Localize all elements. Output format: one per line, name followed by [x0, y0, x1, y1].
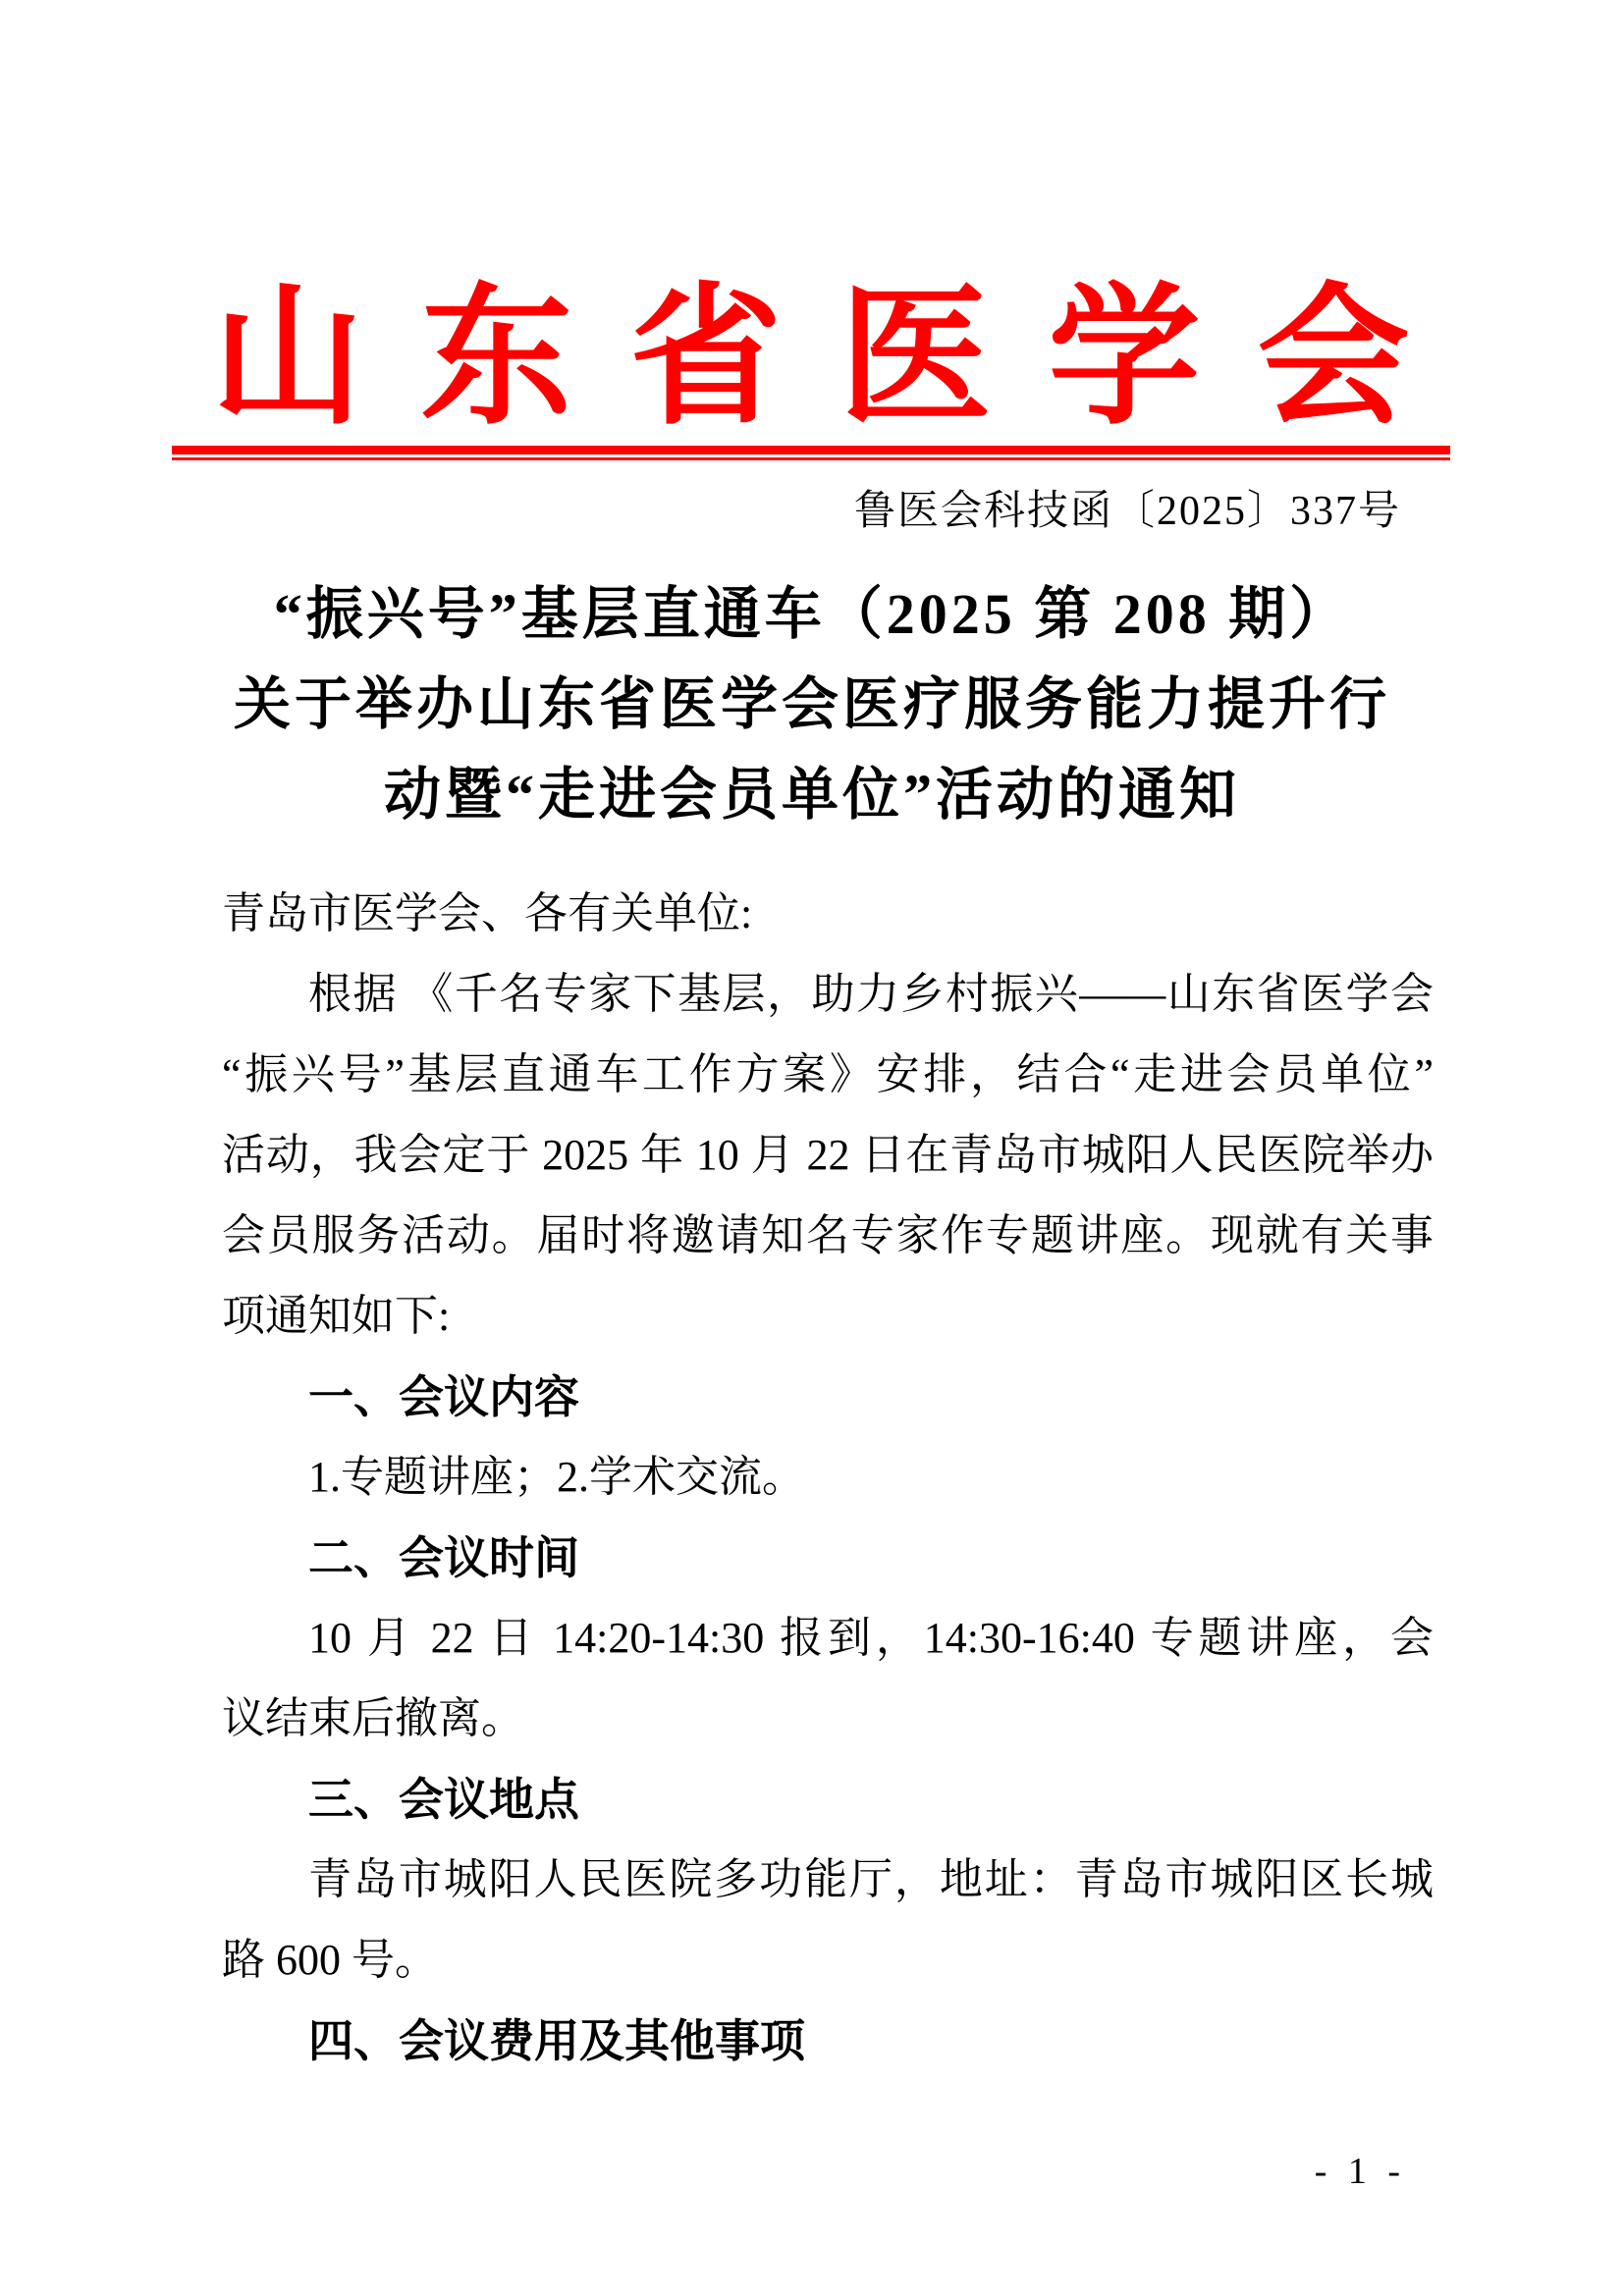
salutation-line: 青岛市医学会、各有关单位: [222, 874, 1434, 954]
body-line: 1.专题讲座；2.学术交流。 [222, 1437, 1434, 1518]
doc-body: 青岛市医学会、各有关单位: 根据 《千名专家下基层，助力乡村振兴——山东省医学会… [222, 874, 1434, 2081]
section-heading-3: 三、会议地点 [222, 1759, 1434, 1840]
body-line: 路 600 号。 [222, 1920, 1434, 2001]
document-page: 山东省医学会 鲁医会科技函〔2025〕337号 “振兴号”基层直通车（2025 … [0, 0, 1624, 2296]
doc-title-line-3: 动暨“走进会员单位”活动的通知 [0, 750, 1624, 840]
org-header-title: 山东省医学会 [0, 270, 1624, 447]
body-line: 青岛市城阳人民医院多功能厅，地址：青岛市城阳区长城 [222, 1840, 1434, 1920]
body-line: 活动，我会定于 2025 年 10 月 22 日在青岛市城阳人民医院举办 [222, 1115, 1434, 1196]
section-heading-2: 二、会议时间 [222, 1518, 1434, 1598]
section-heading-1: 一、会议内容 [222, 1357, 1434, 1437]
doc-title: “振兴号”基层直通车（2025 第 208 期） 关于举办山东省医学会医疗服务能… [0, 569, 1624, 840]
doc-number: 鲁医会科技函〔2025〕337号 [854, 487, 1401, 536]
section-heading-4: 四、会议费用及其他事项 [222, 2001, 1434, 2081]
doc-title-line-2: 关于举办山东省医学会医疗服务能力提升行 [0, 660, 1624, 750]
body-line: 根据 《千名专家下基层，助力乡村振兴——山东省医学会 [222, 954, 1434, 1035]
body-line: 10 月 22 日 14:20-14:30 报到，14:30-16:40 专题讲… [222, 1598, 1434, 1679]
header-divider-thick [172, 446, 1450, 454]
body-line: 会员服务活动。届时将邀请知名专家作专题讲座。现就有关事 [222, 1196, 1434, 1276]
header-divider-thin [172, 457, 1450, 460]
body-line: 议结束后撤离。 [222, 1679, 1434, 1759]
body-line: “振兴号”基层直通车工作方案》安排，结合“走进会员单位” [222, 1035, 1434, 1115]
doc-title-line-1: “振兴号”基层直通车（2025 第 208 期） [0, 569, 1624, 660]
page-number: - 1 - [1315, 2150, 1406, 2193]
body-line: 项通知如下: [222, 1276, 1434, 1357]
